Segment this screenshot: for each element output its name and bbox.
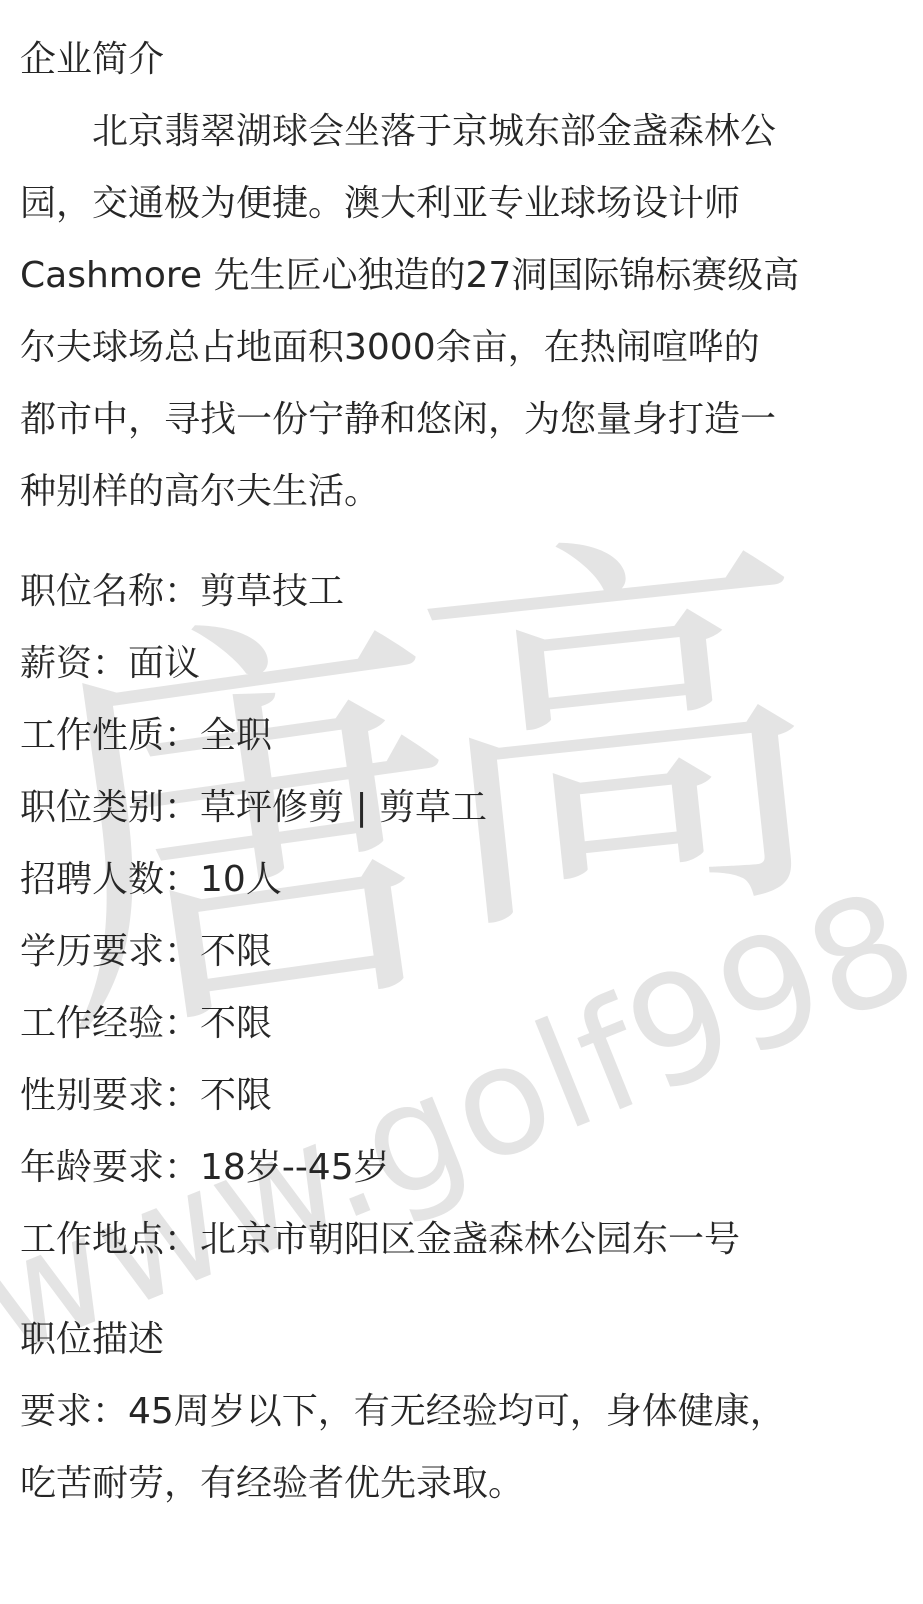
field-value: 不限 <box>200 1075 272 1116</box>
intro-line: 北京翡翠湖球会坐落于京城东部金盏森林公 <box>20 96 903 168</box>
field-value: 草坪修剪 | 剪草工 <box>200 787 487 828</box>
field-gender: 性别要求：不限 <box>20 1060 903 1132</box>
field-label: 薪资： <box>20 643 128 684</box>
field-value: 面议 <box>128 643 200 684</box>
intro-line: 都市中，寻找一份宁静和悠闲，为您量身打造一 <box>20 384 903 456</box>
field-education: 学历要求：不限 <box>20 916 903 988</box>
field-job-type: 工作性质：全职 <box>20 700 903 772</box>
field-label: 工作地点： <box>20 1219 200 1260</box>
field-value: 北京市朝阳区金盏森林公园东一号 <box>200 1219 740 1260</box>
company-intro-heading: 企业简介 <box>20 24 903 96</box>
job-posting: 企业简介 北京翡翠湖球会坐落于京城东部金盏森林公 园，交通极为便捷。澳大利亚专业… <box>0 24 923 1520</box>
field-label: 工作经验： <box>20 1003 200 1044</box>
field-label: 性别要求： <box>20 1075 200 1116</box>
field-age: 年龄要求：18岁--45岁 <box>20 1132 903 1204</box>
field-label: 工作性质： <box>20 715 200 756</box>
description-line: 吃苦耐劳，有经验者优先录取。 <box>20 1448 903 1520</box>
field-salary: 薪资：面议 <box>20 628 903 700</box>
job-description-section: 职位描述 要求：45周岁以下，有无经验均可，身体健康， 吃苦耐劳，有经验者优先录… <box>20 1304 903 1520</box>
field-label: 职位名称： <box>20 571 200 612</box>
field-value: 不限 <box>200 931 272 972</box>
section-spacer <box>20 1276 903 1304</box>
field-label: 职位类别： <box>20 787 200 828</box>
field-job-category: 职位类别：草坪修剪 | 剪草工 <box>20 772 903 844</box>
intro-line: 种别样的高尔夫生活。 <box>20 456 903 528</box>
job-details-section: 职位名称：剪草技工 薪资：面议 工作性质：全职 职位类别：草坪修剪 | 剪草工 … <box>20 556 903 1276</box>
field-value: 不限 <box>200 1003 272 1044</box>
field-value: 剪草技工 <box>200 571 344 612</box>
field-label: 学历要求： <box>20 931 200 972</box>
intro-line: 园，交通极为便捷。澳大利亚专业球场设计师 <box>20 168 903 240</box>
job-description-heading: 职位描述 <box>20 1304 903 1376</box>
intro-line: 尔夫球场总占地面积3000余亩，在热闹喧哗的 <box>20 312 903 384</box>
intro-line: Cashmore 先生匠心独造的27洞国际锦标赛级高 <box>20 240 903 312</box>
field-location: 工作地点：北京市朝阳区金盏森林公园东一号 <box>20 1204 903 1276</box>
description-line: 要求：45周岁以下，有无经验均可，身体健康， <box>20 1376 903 1448</box>
field-headcount: 招聘人数：10人 <box>20 844 903 916</box>
field-job-title: 职位名称：剪草技工 <box>20 556 903 628</box>
section-spacer <box>20 528 903 556</box>
field-value: 全职 <box>200 715 272 756</box>
field-label: 招聘人数： <box>20 859 200 900</box>
field-experience: 工作经验：不限 <box>20 988 903 1060</box>
field-value: 10人 <box>200 859 282 900</box>
field-value: 18岁--45岁 <box>200 1147 390 1188</box>
company-intro-section: 企业简介 北京翡翠湖球会坐落于京城东部金盏森林公 园，交通极为便捷。澳大利亚专业… <box>20 24 903 528</box>
field-label: 年龄要求： <box>20 1147 200 1188</box>
